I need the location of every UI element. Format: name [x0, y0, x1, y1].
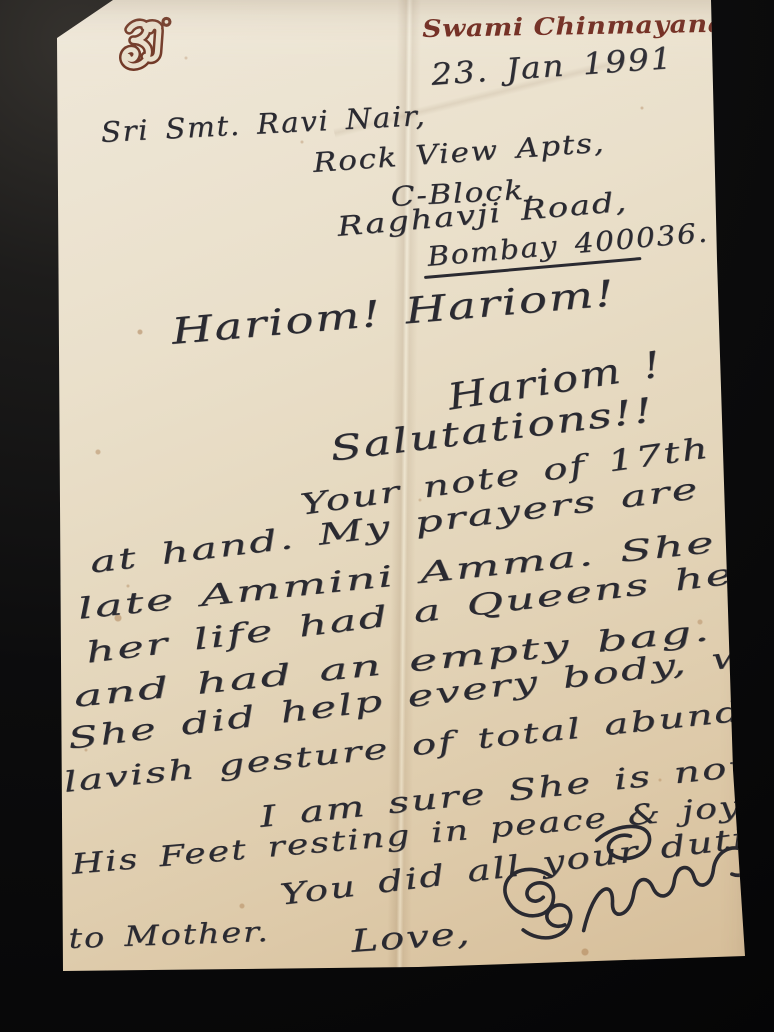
- salutation-line: Hariom! Hariom!: [170, 273, 617, 353]
- om-logo-icon: [103, 9, 178, 87]
- body-line: to Mother.: [68, 915, 270, 955]
- letterhead-name: Swami Chinmayananda: [422, 8, 774, 43]
- date-line: 23. Jan 1991: [430, 41, 674, 93]
- address-line: Sri Smt. Ravi Nair,: [100, 99, 427, 149]
- closing-line: Love,: [350, 916, 472, 960]
- letter-paper: Swami Chinmayananda 23. Jan 1991 Sri Smt…: [0, 0, 774, 1032]
- photo-background: Swami Chinmayananda 23. Jan 1991 Sri Smt…: [0, 0, 774, 1032]
